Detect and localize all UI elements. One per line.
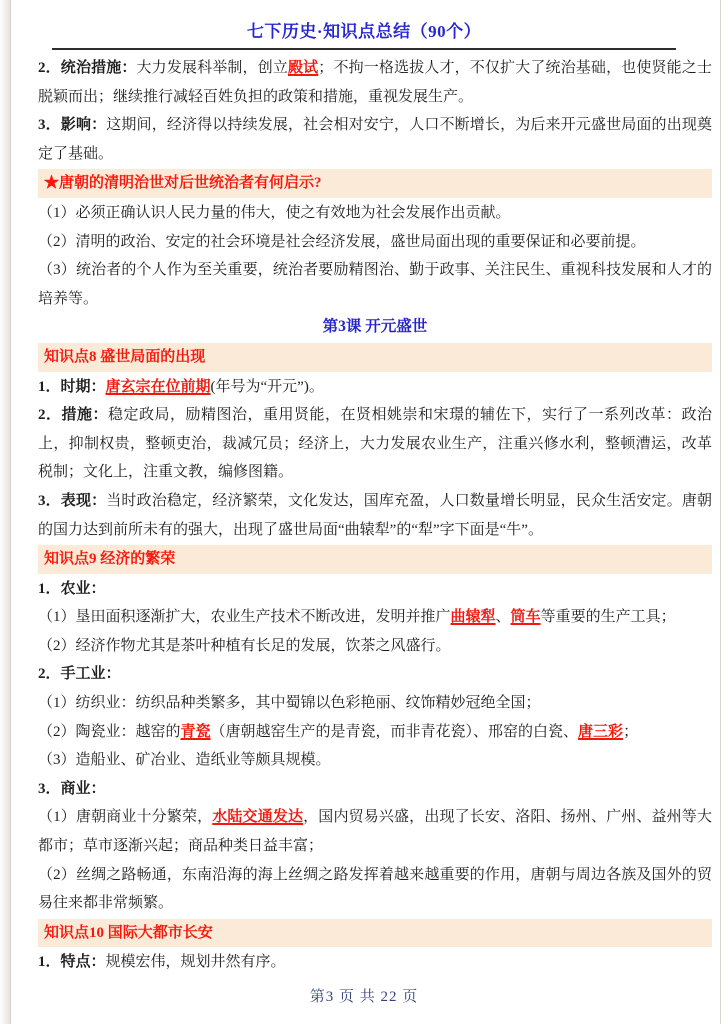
label-run: 1．农业： [38, 581, 106, 597]
page-edge-left [0, 0, 11, 1024]
text-run: （1）垦田面积逐渐扩大，农业生产技术不断改进，发明并推广 [38, 609, 451, 625]
text-run: （2）陶瓷业：越窑的 [38, 724, 181, 740]
knowledge-point-heading: 知识点9 经济的繁荣 [38, 545, 712, 574]
paragraph: （2）丝绸之路畅通，东南沿海的海上丝绸之路发挥着越来越重要的作用，唐朝与周边各族… [38, 861, 712, 918]
text-run: （1）纺织业：纺织品种类繁多，其中蜀锦以色彩艳丽、纹饰精妙冠绝全国； [38, 695, 541, 711]
key-term: 唐三彩 [578, 724, 623, 740]
key-term: 唐玄宗在位前期 [106, 379, 211, 395]
text-run: 规模宏伟，规划井然有序。 [106, 954, 286, 970]
paragraph: （2）经济作物尤其是茶叶种植有长足的发展，饮茶之风盛行。 [38, 632, 712, 661]
document-content: 2．统治措施：大力发展科举制，创立殿试；不拘一格选拔人才，不仅扩大了统治基础，也… [38, 54, 712, 977]
label-run: 2．措施： [38, 407, 108, 423]
knowledge-point-heading: ★唐朝的清明治世对后世统治者有何启示? [38, 169, 712, 198]
label-run: 2．手工业： [38, 666, 121, 682]
paragraph: 3．商业： [38, 775, 712, 804]
label-run: 3．表现： [38, 493, 106, 509]
key-term: 筒车 [511, 609, 541, 625]
paragraph: （1）垦田面积逐渐扩大，农业生产技术不断改进，发明并推广曲辕犁、筒车等重要的生产… [38, 603, 712, 632]
text-run: 、 [496, 609, 511, 625]
text-run: 当时政治稳定，经济繁荣，文化发达，国库充盈，人口数量增长明显，民众生活安定。唐朝… [38, 493, 712, 538]
page-edge-right [720, 0, 721, 1024]
paragraph: （2）清明的政治、安定的社会环境是社会经济发展，盛世局面出现的重要保证和必要前提… [38, 228, 712, 257]
paragraph: （3）统治者的个人作为至关重要，统治者要励精图治、勤于政事、关注民生、重视科技发… [38, 256, 712, 313]
key-term: 殿试 [288, 60, 318, 76]
text-run: 知识点10 国际大都市长安 [44, 925, 213, 941]
text-run: ★唐朝的清明治世对后世统治者有何启示? [44, 175, 322, 191]
paragraph: （1）唐朝商业十分繁荣，水陆交通发达，国内贸易兴盛，出现了长安、洛阳、扬州、广州… [38, 803, 712, 860]
text-run: 等重要的生产工具； [541, 609, 676, 625]
paragraph: 2．手工业： [38, 660, 712, 689]
label-run: 3．商业： [38, 781, 106, 797]
label-run: 1．特点： [38, 954, 106, 970]
text-run: 稳定政局，励精图治，重用贤能，在贤相姚崇和宋璟的辅佐下，实行了一系列改革：政治上… [38, 407, 712, 480]
paragraph: （1）必须正确认识人民力量的伟大，使之有效地为社会发展作出贡献。 [38, 199, 712, 228]
document-page: 七下历史·知识点总结（90个） 2．统治措施：大力发展科举制，创立殿试；不拘一格… [0, 0, 728, 1024]
text-run: （唐朝越窑生产的是青瓷，而非青花瓷）、邢窑的白瓷、 [211, 724, 579, 740]
title-divider [52, 48, 676, 50]
text-run: （2）经济作物尤其是茶叶种植有长足的发展，饮茶之风盛行。 [38, 638, 451, 654]
label-run: 2．统治措施： [38, 60, 137, 76]
knowledge-point-heading: 知识点10 国际大都市长安 [38, 919, 712, 948]
text-run: 这期间，经济得以持续发展，社会相对安宁，人口不断增长，为后来开元盛世局面的出现奠… [38, 117, 712, 162]
text-run: (年号为“开元”)。 [211, 379, 324, 395]
text-run: （1）唐朝商业十分繁荣， [38, 809, 212, 825]
text-run: 知识点9 经济的繁荣 [44, 551, 175, 567]
knowledge-point-heading: 知识点8 盛世局面的出现 [38, 343, 712, 372]
lesson-title: 第3课 开元盛世 [38, 313, 712, 342]
text-run: （1）必须正确认识人民力量的伟大，使之有效地为社会发展作出贡献。 [38, 205, 511, 221]
text-run: （3）统治者的个人作为至关重要，统治者要励精图治、勤于政事、关注民生、重视科技发… [38, 262, 712, 307]
label-run: 1．时期： [38, 379, 106, 395]
paragraph: 1．农业： [38, 575, 712, 604]
key-term: 青瓷 [181, 724, 211, 740]
paragraph: 1．特点：规模宏伟，规划井然有序。 [38, 948, 712, 977]
paragraph: 1．时期：唐玄宗在位前期(年号为“开元”)。 [38, 373, 712, 402]
key-term: 水陆交通发达 [212, 809, 303, 825]
text-run: 大力发展科举制，创立 [137, 60, 288, 76]
text-run: 知识点8 盛世局面的出现 [44, 349, 205, 365]
text-run: （2）丝绸之路畅通，东南沿海的海上丝绸之路发挥着越来越重要的作用，唐朝与周边各族… [38, 867, 712, 912]
paragraph: 3．影响：这期间，经济得以持续发展，社会相对安宁，人口不断增长，为后来开元盛世局… [38, 111, 712, 168]
page-title: 七下历史·知识点总结（90个） [0, 17, 728, 42]
page-header: 七下历史·知识点总结（90个） [0, 0, 728, 42]
page-footer: 第3 页 共 22 页 [0, 985, 728, 1006]
text-run: ； [623, 724, 638, 740]
paragraph: 2．措施：稳定政局，励精图治，重用贤能，在贤相姚崇和宋璟的辅佐下，实行了一系列改… [38, 401, 712, 487]
text-run: 第3课 开元盛世 [323, 318, 428, 335]
paragraph: 2．统治措施：大力发展科举制，创立殿试；不拘一格选拔人才，不仅扩大了统治基础，也… [38, 54, 712, 111]
paragraph: （1）纺织业：纺织品种类繁多，其中蜀锦以色彩艳丽、纹饰精妙冠绝全国； [38, 689, 712, 718]
paragraph: （2）陶瓷业：越窑的青瓷（唐朝越窑生产的是青瓷，而非青花瓷）、邢窑的白瓷、唐三彩… [38, 718, 712, 747]
paragraph: 3．表现：当时政治稳定，经济繁荣，文化发达，国库充盈，人口数量增长明显，民众生活… [38, 487, 712, 544]
text-run: （2）清明的政治、安定的社会环境是社会经济发展，盛世局面出现的重要保证和必要前提… [38, 234, 646, 250]
paragraph: （3）造船业、矿冶业、造纸业等颇具规模。 [38, 746, 712, 775]
key-term: 曲辕犁 [451, 609, 496, 625]
text-run: （3）造船业、矿冶业、造纸业等颇具规模。 [38, 752, 331, 768]
label-run: 3．影响： [38, 117, 106, 133]
